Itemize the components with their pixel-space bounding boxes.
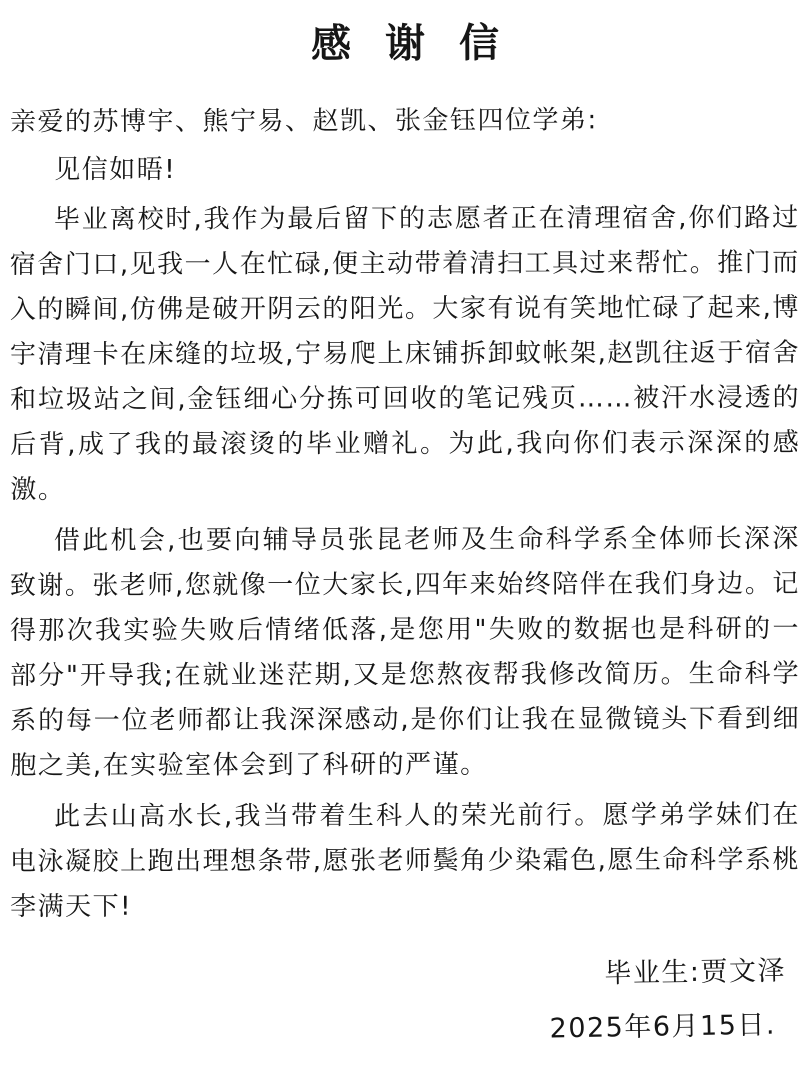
body-paragraph-1: 毕业离校时,我作为最后留下的志愿者正在清理宿舍,你们路过宿舍门口,见我一人在忙碌… (10, 196, 801, 513)
salutation-line: 亲爱的苏博宇、熊宁易、赵凯、张金钰四位学弟: (10, 98, 800, 146)
letter-title: 感谢信 (10, 10, 800, 71)
signature-block: 毕业生:贾文泽 2025年6月15日. (10, 955, 800, 1055)
letter-page: 感谢信 亲爱的苏博宇、熊宁易、赵凯、张金钰四位学弟: 见信如晤! 毕业离校时,我… (0, 0, 810, 1065)
letter-body: 亲爱的苏博宇、熊宁易、赵凯、张金钰四位学弟: 见信如晤! 毕业离校时,我作为最后… (10, 99, 800, 1055)
body-paragraph-3: 此去山高水长,我当带着生科人的荣光前行。愿学弟学妹们在电泳凝胶上跑出理想条带,愿… (10, 793, 800, 930)
signature-name: 毕业生:贾文泽 (10, 948, 801, 1008)
greeting-line: 见信如晤! (10, 148, 800, 193)
signature-date: 2025年6月15日. (10, 1002, 801, 1062)
body-paragraph-2: 借此机会,也要向辅导员张昆老师及生命科学系全体师长深深致谢。张老师,您就像一位大… (10, 517, 801, 789)
